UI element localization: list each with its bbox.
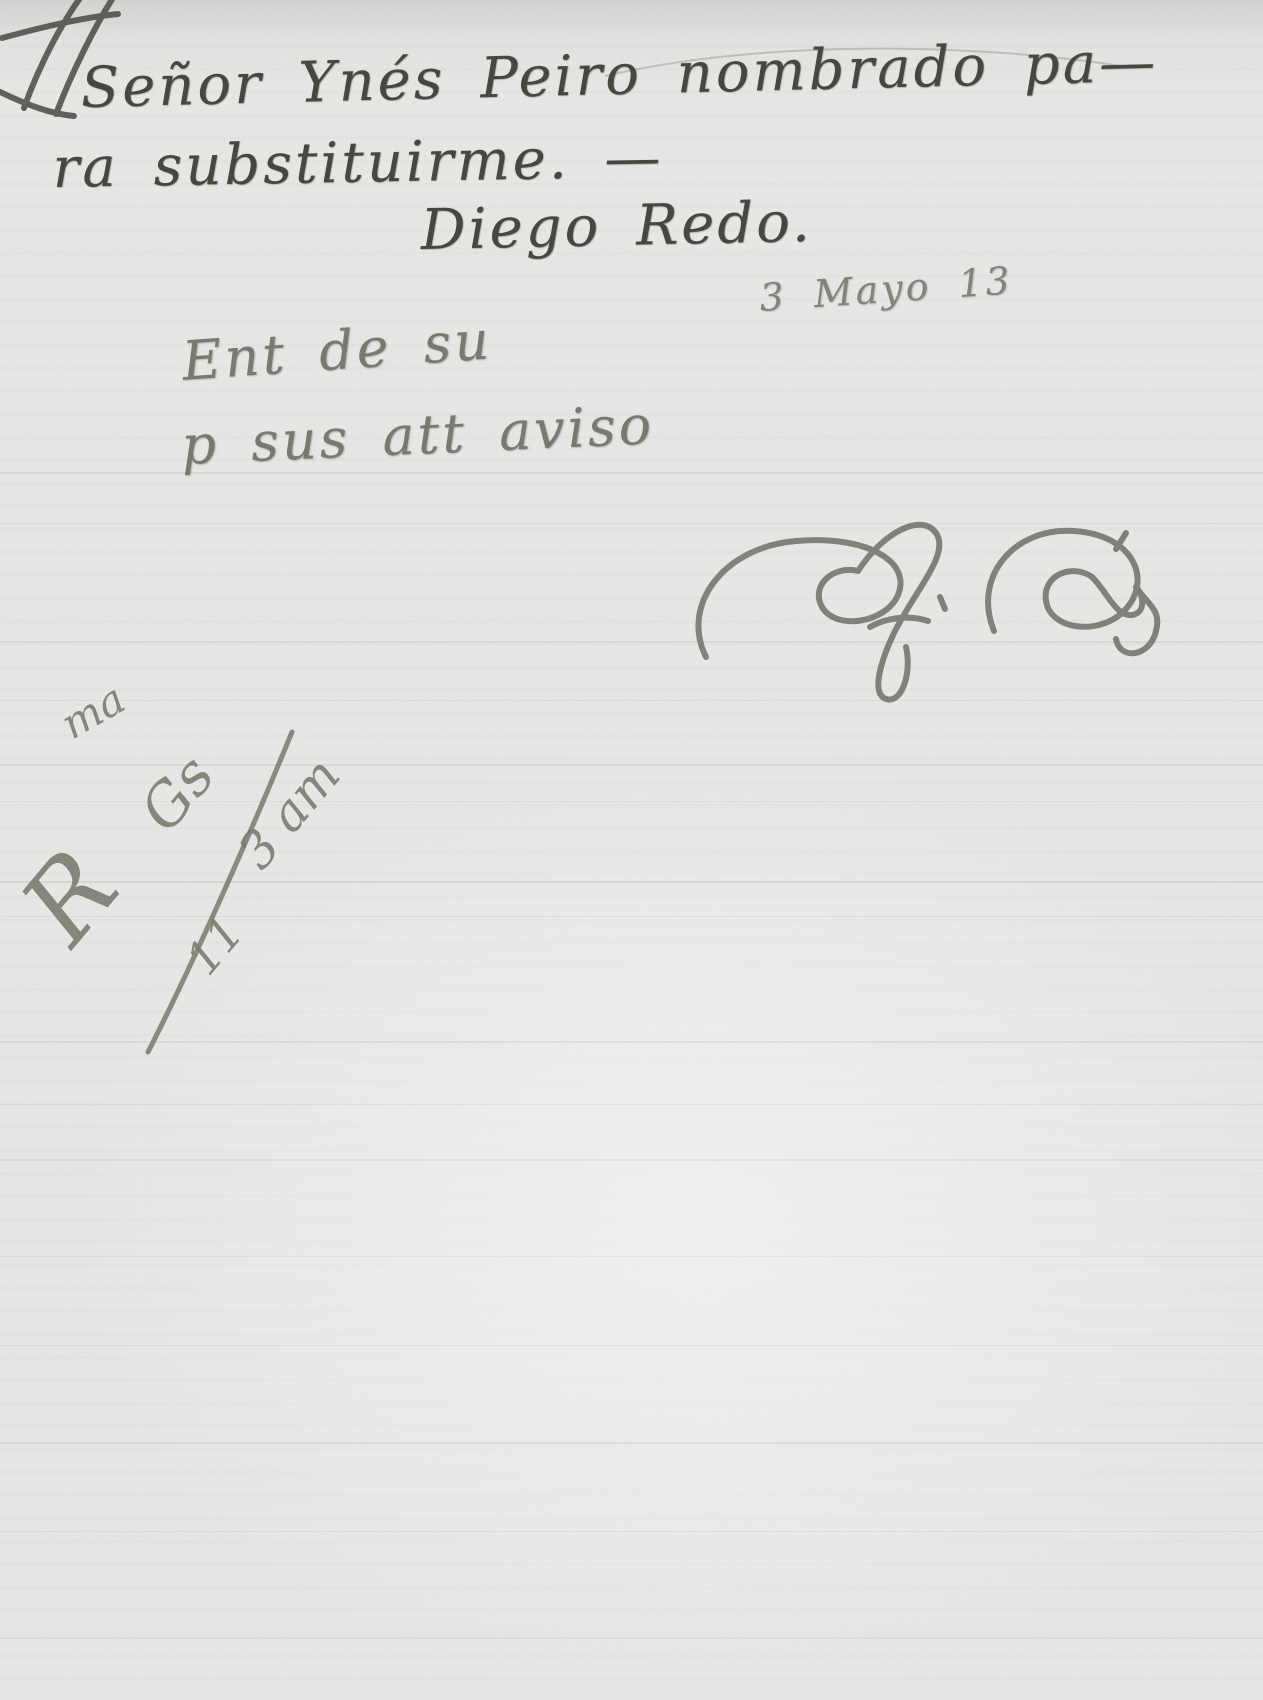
scan-line [0,1442,1263,1444]
scan-line [0,1345,1263,1346]
signature-line: Diego Redo. [420,190,813,263]
diagonal-initials: Gs [127,742,228,844]
signature-rubric [688,505,1168,715]
pencil-note-line-2: p sus att aviso [180,393,655,477]
scan-line [0,1104,1263,1105]
pencil-date-note: 3 Mayo 13 [758,258,1014,320]
diagonal-time: 3 am [227,747,352,880]
diagonal-big-initial: R [20,828,141,968]
ink-line-2: ra substituirme. — [52,125,664,201]
scan-line [0,1256,1263,1257]
scan-line [0,1531,1263,1532]
scan-line [0,1637,1263,1639]
pencil-note-line-1: Ent de su [180,308,494,392]
ink-line-1: Señor Ynés Peiro nombrado pa— [80,30,1159,121]
diagonal-word: ma [53,674,134,749]
manuscript-page: Señor Ynés Peiro nombrado pa— ra substit… [0,0,1263,1700]
diagonal-annotation: ma Gs R 11 3 am [20,640,420,1080]
scan-line [0,1159,1263,1161]
